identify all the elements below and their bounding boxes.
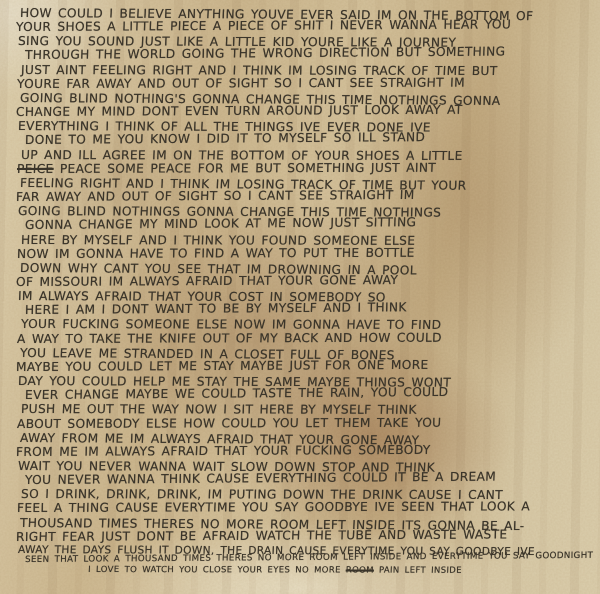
lyric-line: YOU NEVER WANNA THINK CAUSE EVERYTHING C… xyxy=(25,469,598,487)
lyric-line: A WAY TO TAKE THE KNIFE OUT OF MY BACK A… xyxy=(17,330,598,346)
lyric-line: EVER CHANGE MAYBE WE COULD TASTE THE RAI… xyxy=(25,384,598,402)
lyric-line: YOURE FAR AWAY AND OUT OF SIGHT SO I CAN… xyxy=(17,75,598,91)
lyric-line: RIGHT FEAR JUST DONT BE AFRAID WATCH THE… xyxy=(16,527,598,544)
album-art: HOW COULD I BELIEVE ANYTHING YOUVE EVER … xyxy=(0,0,600,594)
lyrics-text: HOW COULD I BELIEVE ANYTHING YOUVE EVER … xyxy=(0,0,600,594)
lyric-line: SEEN THAT LOOK A THOUSAND TIMES THERES N… xyxy=(25,552,598,566)
lyric-line: CHANGE MY MIND DONT EVEN TURN AROUND JUS… xyxy=(16,102,598,119)
lyric-line: YOUR SHOES A LITTLE PIECE A PIECE OF SHI… xyxy=(16,17,598,34)
scratched-word: PEICE xyxy=(17,162,54,176)
lyric-line: MAYBE YOU COULD LET ME STAY MAYBE JUST F… xyxy=(16,357,598,374)
scratched-word: ROOM xyxy=(346,565,374,575)
lyric-line: FEEL A THING CAUSE EVERYTIME YOU SAY GOO… xyxy=(17,500,598,516)
lyric-line: HERE I AM I DONT WANT TO BE BY MYSELF AN… xyxy=(25,299,598,317)
lyric-line: PEICE PEACE SOME PEACE FOR ME BUT SOMETH… xyxy=(17,160,598,176)
lyric-line: DONE TO ME YOU KNOW I DID IT TO MYSELF S… xyxy=(25,129,598,147)
lyric-line: GONNA CHANGE MY MIND LOOK AT ME NOW JUST… xyxy=(25,214,598,232)
lyric-line: FAR AWAY AND OUT OF SIGHT SO I CANT SEE … xyxy=(16,187,598,204)
lyric-line: I LOVE TO WATCH YOU CLOSE YOUR EYES NO M… xyxy=(88,566,598,576)
lyric-line: ABOUT SOMEBODY ELSE HOW COULD YOU LET TH… xyxy=(17,415,598,431)
lyric-line: THROUGH THE WORLD GOING THE WRONG DIRECT… xyxy=(25,44,598,62)
lyric-line: FROM ME IM ALWAYS AFRAID THAT YOUR FUCKI… xyxy=(16,442,598,459)
lyric-line: OF MISSOURI IM ALWAYS AFRAID THAT YOUR G… xyxy=(16,272,598,289)
lyric-line: NOW IM GONNA HAVE TO FIND A WAY TO PUT T… xyxy=(17,245,598,261)
